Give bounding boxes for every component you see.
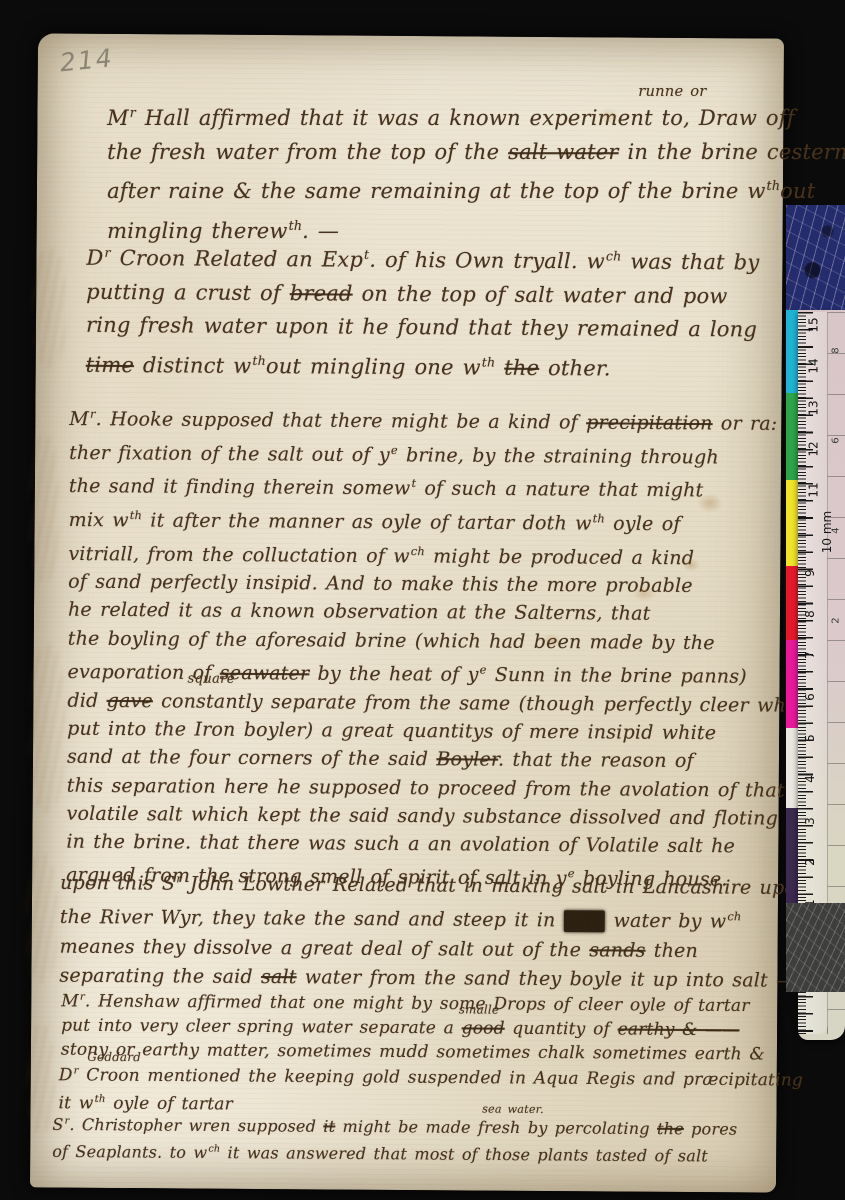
struck-word: bread [290, 281, 353, 305]
superscript: ch [727, 910, 741, 924]
manuscript-line: ther fixation of the salt out of ye brin… [69, 433, 775, 472]
superscript: r [130, 105, 136, 120]
stain [682, 558, 700, 572]
struck-word: the [657, 1119, 684, 1138]
struck-word: the [504, 355, 539, 379]
interlinear-insertion: smalle [459, 997, 499, 1021]
manuscript-line: vitriall, from the colluctation of wch m… [68, 534, 774, 573]
paragraph-hooke: Mr. Hooke supposed that there might be a… [66, 400, 775, 895]
blotted-word: salt [564, 910, 606, 932]
ruler-number: 3 [803, 817, 817, 825]
superscript: ch [411, 544, 425, 558]
interlinear-insertion: sea water. [482, 1098, 544, 1122]
page-number: 214 [59, 43, 115, 77]
ruler-number: 13 [807, 400, 821, 415]
interlinear-insertion: square [187, 666, 234, 695]
stain [632, 586, 656, 602]
superscript: r [74, 1066, 79, 1077]
manuscript-line: the fresh water from the top of the salt… [107, 136, 771, 170]
struck-word: sands [589, 939, 645, 961]
manuscript-line: time distinct wthout mingling one wth th… [86, 342, 776, 386]
superscript: t [411, 476, 416, 490]
superscript: th [252, 352, 266, 367]
superscript: th [130, 508, 142, 522]
secondary-scale-number: 2 [831, 617, 842, 623]
superscript: ch [606, 248, 622, 263]
superscript: th [95, 1093, 106, 1104]
stain [597, 107, 619, 123]
manuscript-line: the River Wyr, they take the sand and st… [60, 898, 772, 937]
ruler-number: 15 [807, 317, 821, 332]
paragraph-lowther: upon this Sr John Lowther Related that i… [59, 864, 772, 996]
manuscript-line: putting a crust of bread on the top of s… [86, 275, 776, 313]
ruler-number: 6 [803, 693, 817, 701]
ruler-number: 11 [807, 483, 821, 498]
superscript: e [391, 443, 398, 457]
struck-word: time [86, 352, 134, 376]
color-calibration-chart: 8642 151413121110 mm987654321½ mm [786, 205, 845, 992]
manuscript-line: Dr Croon Related an Expt. of his Own try… [86, 236, 776, 280]
paragraph-henshaw: Mr. Henshaw affirmed that one might by s… [61, 986, 772, 1067]
superscript: r [105, 245, 111, 260]
paragraph-croon-experiment: Dr Croon Related an Expt. of his Own try… [86, 236, 777, 387]
struck-word: salt water [508, 140, 619, 164]
manuscript-line: the sand it finding therein somewt of su… [69, 467, 775, 506]
struck-word: salt [261, 966, 297, 988]
manuscript-line: evaporation of seawater by the heat of y… [67, 653, 773, 692]
paragraph-wren: Sr. Christopher wren supposed it might b… [52, 1110, 768, 1169]
manuscript-line: of Seaplants. to wch it was answered tha… [52, 1136, 768, 1168]
photo-stage: 214 Mr Hall affirmed that it was a known… [0, 0, 845, 1200]
ink-bleedthrough [32, 248, 67, 368]
struck-word: it [323, 1117, 335, 1136]
superscript: r [176, 871, 182, 885]
ruler-number: 8 [803, 610, 817, 618]
struck-word: gave [107, 690, 153, 712]
superscript: t [364, 247, 369, 262]
manuscript-page: 214 Mr Hall affirmed that it was a known… [30, 33, 784, 1192]
secondary-scale-number: 6 [831, 437, 842, 443]
calibration-patch-blue [786, 205, 845, 310]
paragraph-hall: Mr Hall affirmed that it was a known exp… [107, 96, 771, 248]
ruler-number: 10 mm [820, 510, 834, 552]
secondary-scale-number: 8 [831, 347, 842, 353]
superscript: ch [208, 1143, 220, 1154]
superscript: th [593, 511, 605, 525]
stain [542, 633, 562, 647]
manuscript-line: Mr. Hooke supposed that there might be a… [69, 400, 775, 439]
superscript: th [767, 178, 781, 193]
calibration-patch-gray [786, 903, 845, 992]
superscript: r [80, 992, 85, 1003]
ink-bleedthrough [26, 1023, 55, 1133]
stain [697, 493, 723, 513]
manuscript-text: Mr Hall affirmed that it was a known exp… [38, 33, 784, 38]
superscript: e [480, 663, 487, 677]
ruler-number: 12 [807, 441, 821, 456]
ink-bleedthrough [29, 643, 66, 813]
manuscript-line: upon this Sr John Lowther Related that i… [60, 864, 772, 903]
ruler-number: 7 [803, 652, 817, 660]
struck-word: Boyler [436, 748, 498, 770]
superscript: th [289, 218, 303, 233]
ruler-number: 4 [803, 775, 817, 783]
superscript: r [90, 407, 96, 421]
superscript: th [482, 354, 496, 369]
manuscript-line: mix wth it after the manner as oyle of t… [69, 501, 775, 540]
ruler-number: 9 [803, 569, 817, 577]
ink-bleedthrough [28, 433, 59, 583]
manuscript-line: ring fresh water upon it he found that t… [86, 309, 776, 347]
interlinear-insertion: runne or [638, 75, 706, 109]
ruler-number: 5 [803, 734, 817, 742]
ruler-number: 2 [803, 858, 817, 866]
struck-word: earthy & —— [618, 1019, 740, 1040]
interlinear-insertion: Goddard [87, 1045, 141, 1069]
superscript: r [65, 1116, 70, 1127]
struck-word: precipitation [586, 412, 713, 435]
ink-bleedthrough [25, 853, 58, 983]
ruler-number: 14 [807, 359, 821, 374]
manuscript-line: after raine & the same remaining at the … [107, 169, 771, 209]
